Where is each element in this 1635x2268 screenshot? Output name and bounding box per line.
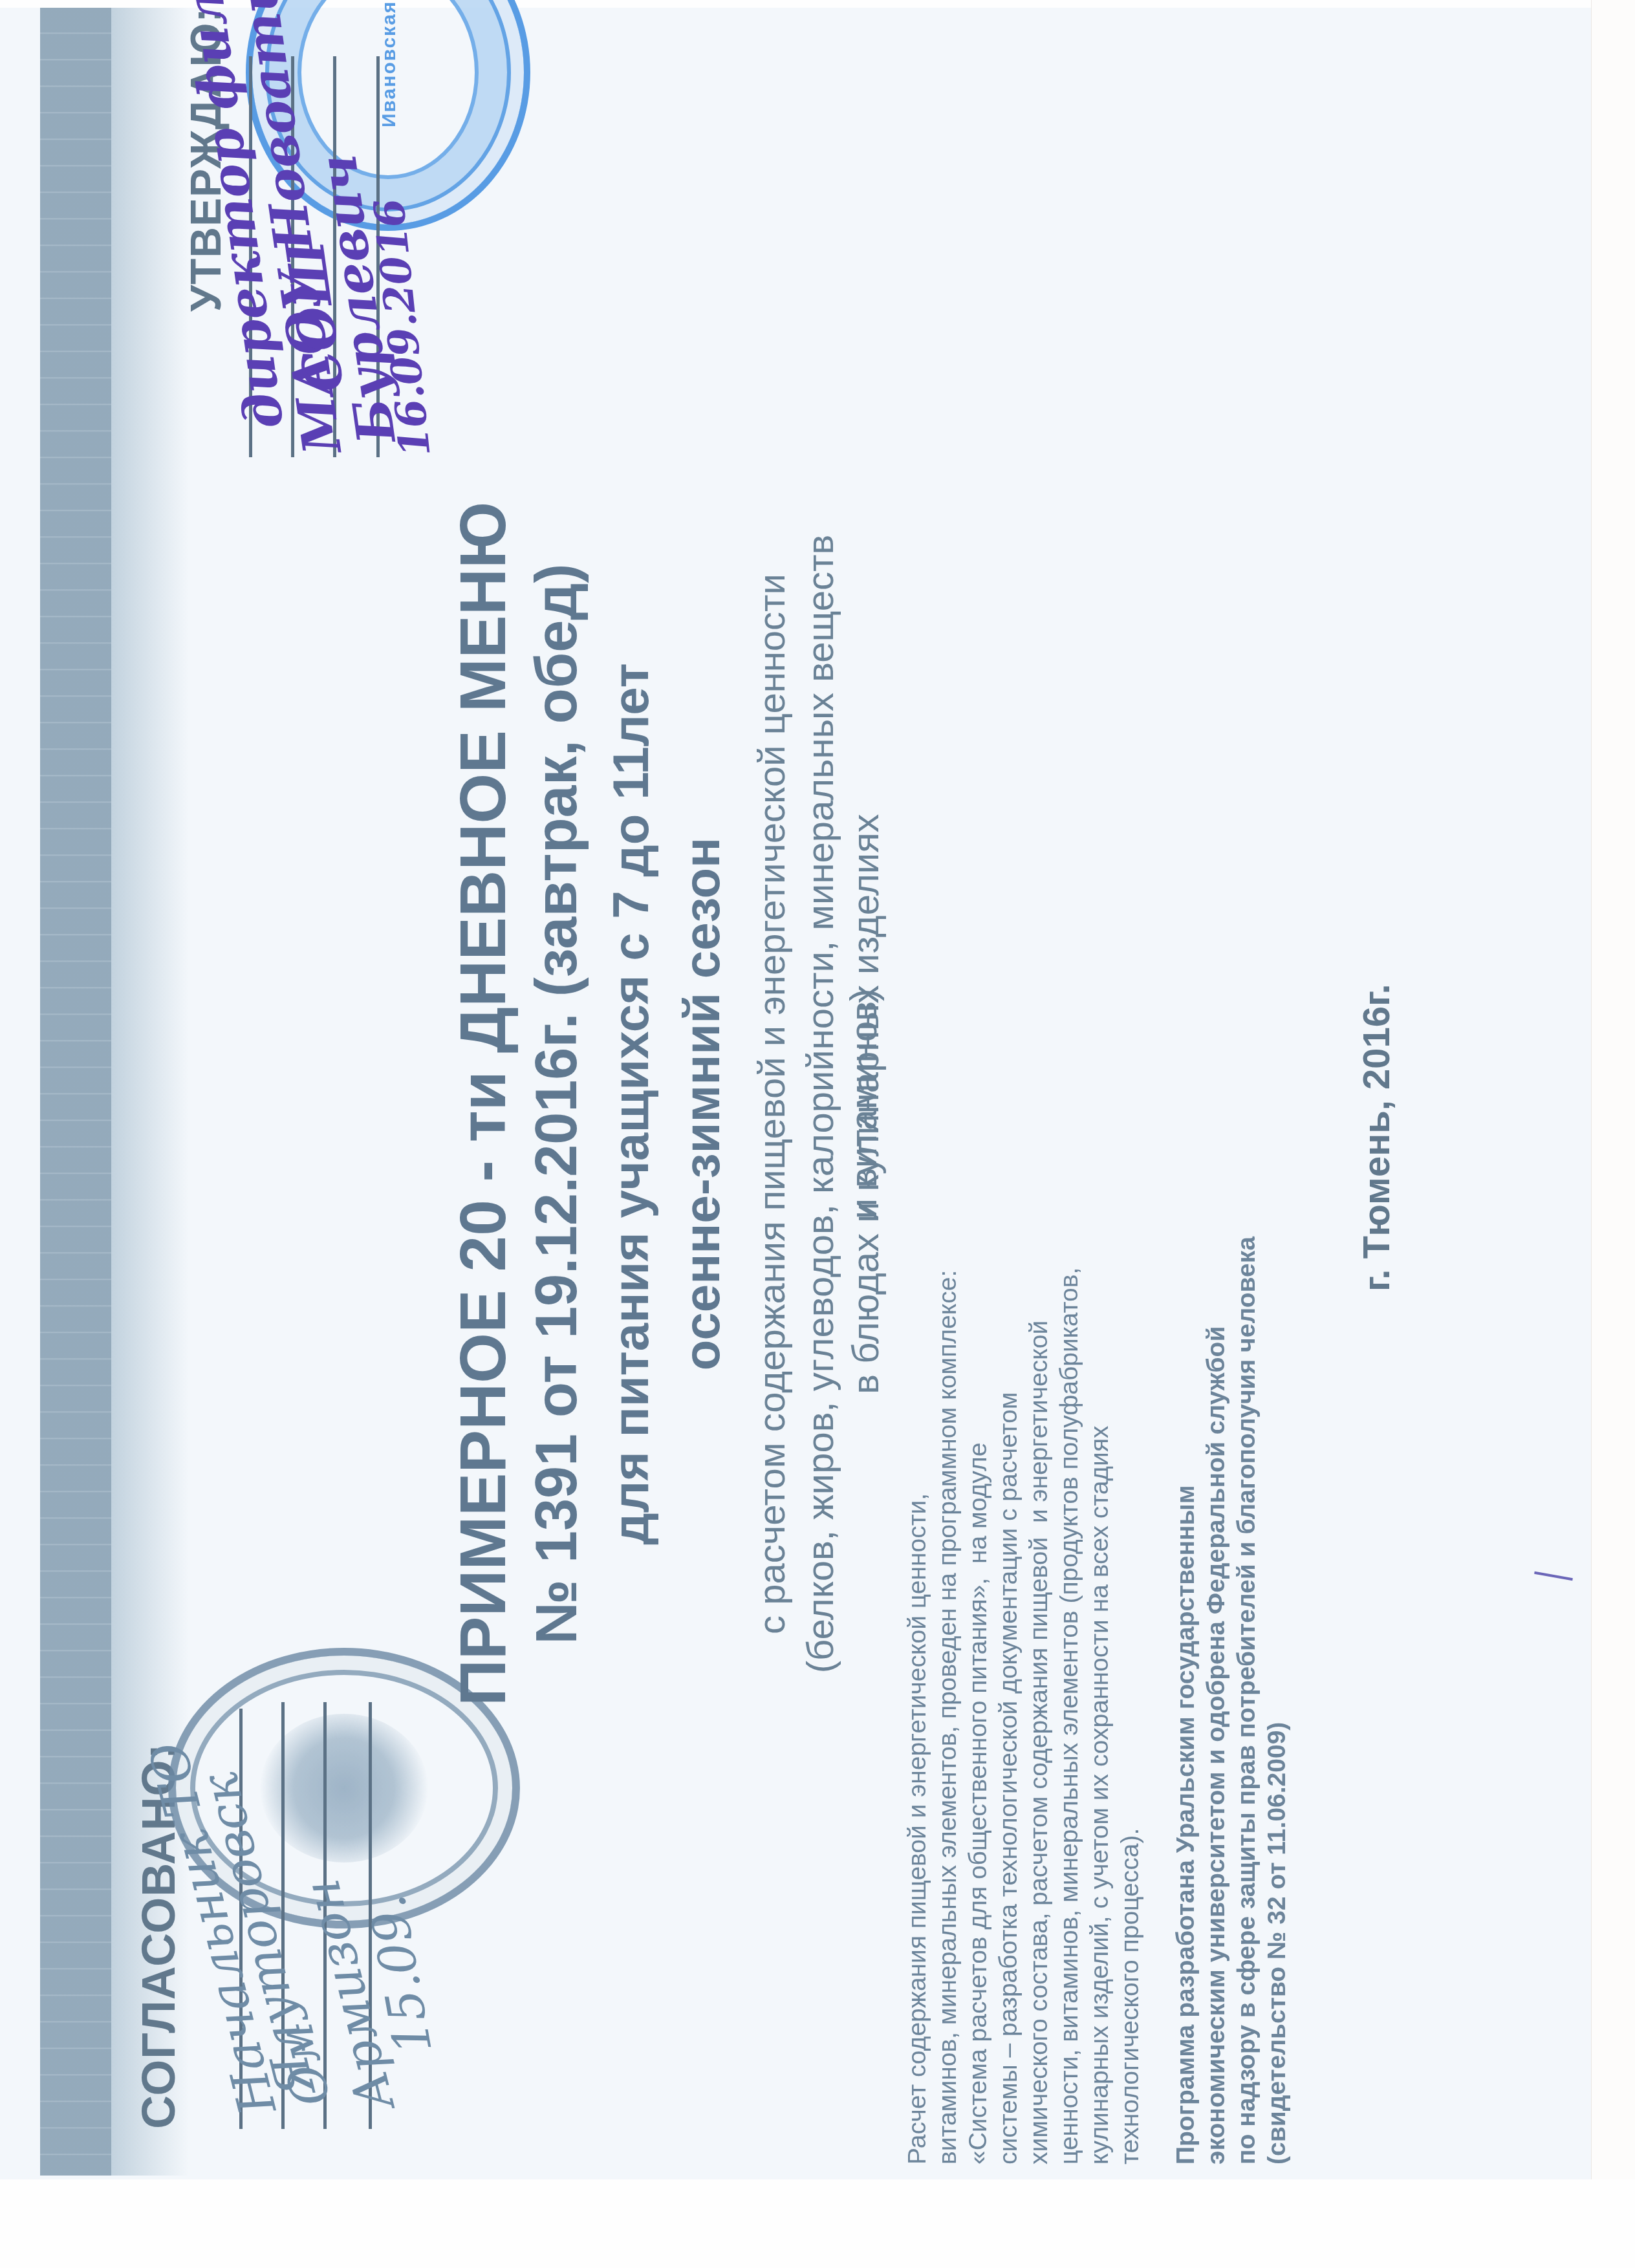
menu-season: осенне-зимний сезон xyxy=(673,457,731,1751)
subtitle-line: в блюдах и кулинарных изделиях xyxy=(844,522,887,1686)
subtitle-line: с расчетом содержания пищевой и энергети… xyxy=(750,522,794,1686)
approve-stamp-center-text: Ивановская СОШ xyxy=(378,0,400,127)
document-rotated-content: СОГЛАСОВАНО: Начальник ТО Ялуторовск Ом … xyxy=(0,0,1635,2268)
calculation-note: Расчет содержания пищевой и энергетическ… xyxy=(902,1268,1145,2165)
coat-of-arms-icon xyxy=(260,1714,428,1863)
menu-number-date: № 1391 от 19.12.2016г. (завтрак, обед) xyxy=(524,457,590,1751)
program-note: Программа разработана Уральским государс… xyxy=(1171,1237,1292,2165)
pen-mark xyxy=(1534,1571,1573,1581)
menu-title: ПРИМЕРНОЕ 20 - ти ДНЕВНОЕ МЕНЮ xyxy=(446,457,521,1751)
city-year: г. Тюмень, 2016г. xyxy=(1355,984,1398,1291)
menu-age-group: для питания учащихся с 7 до 11лет xyxy=(601,457,660,1751)
